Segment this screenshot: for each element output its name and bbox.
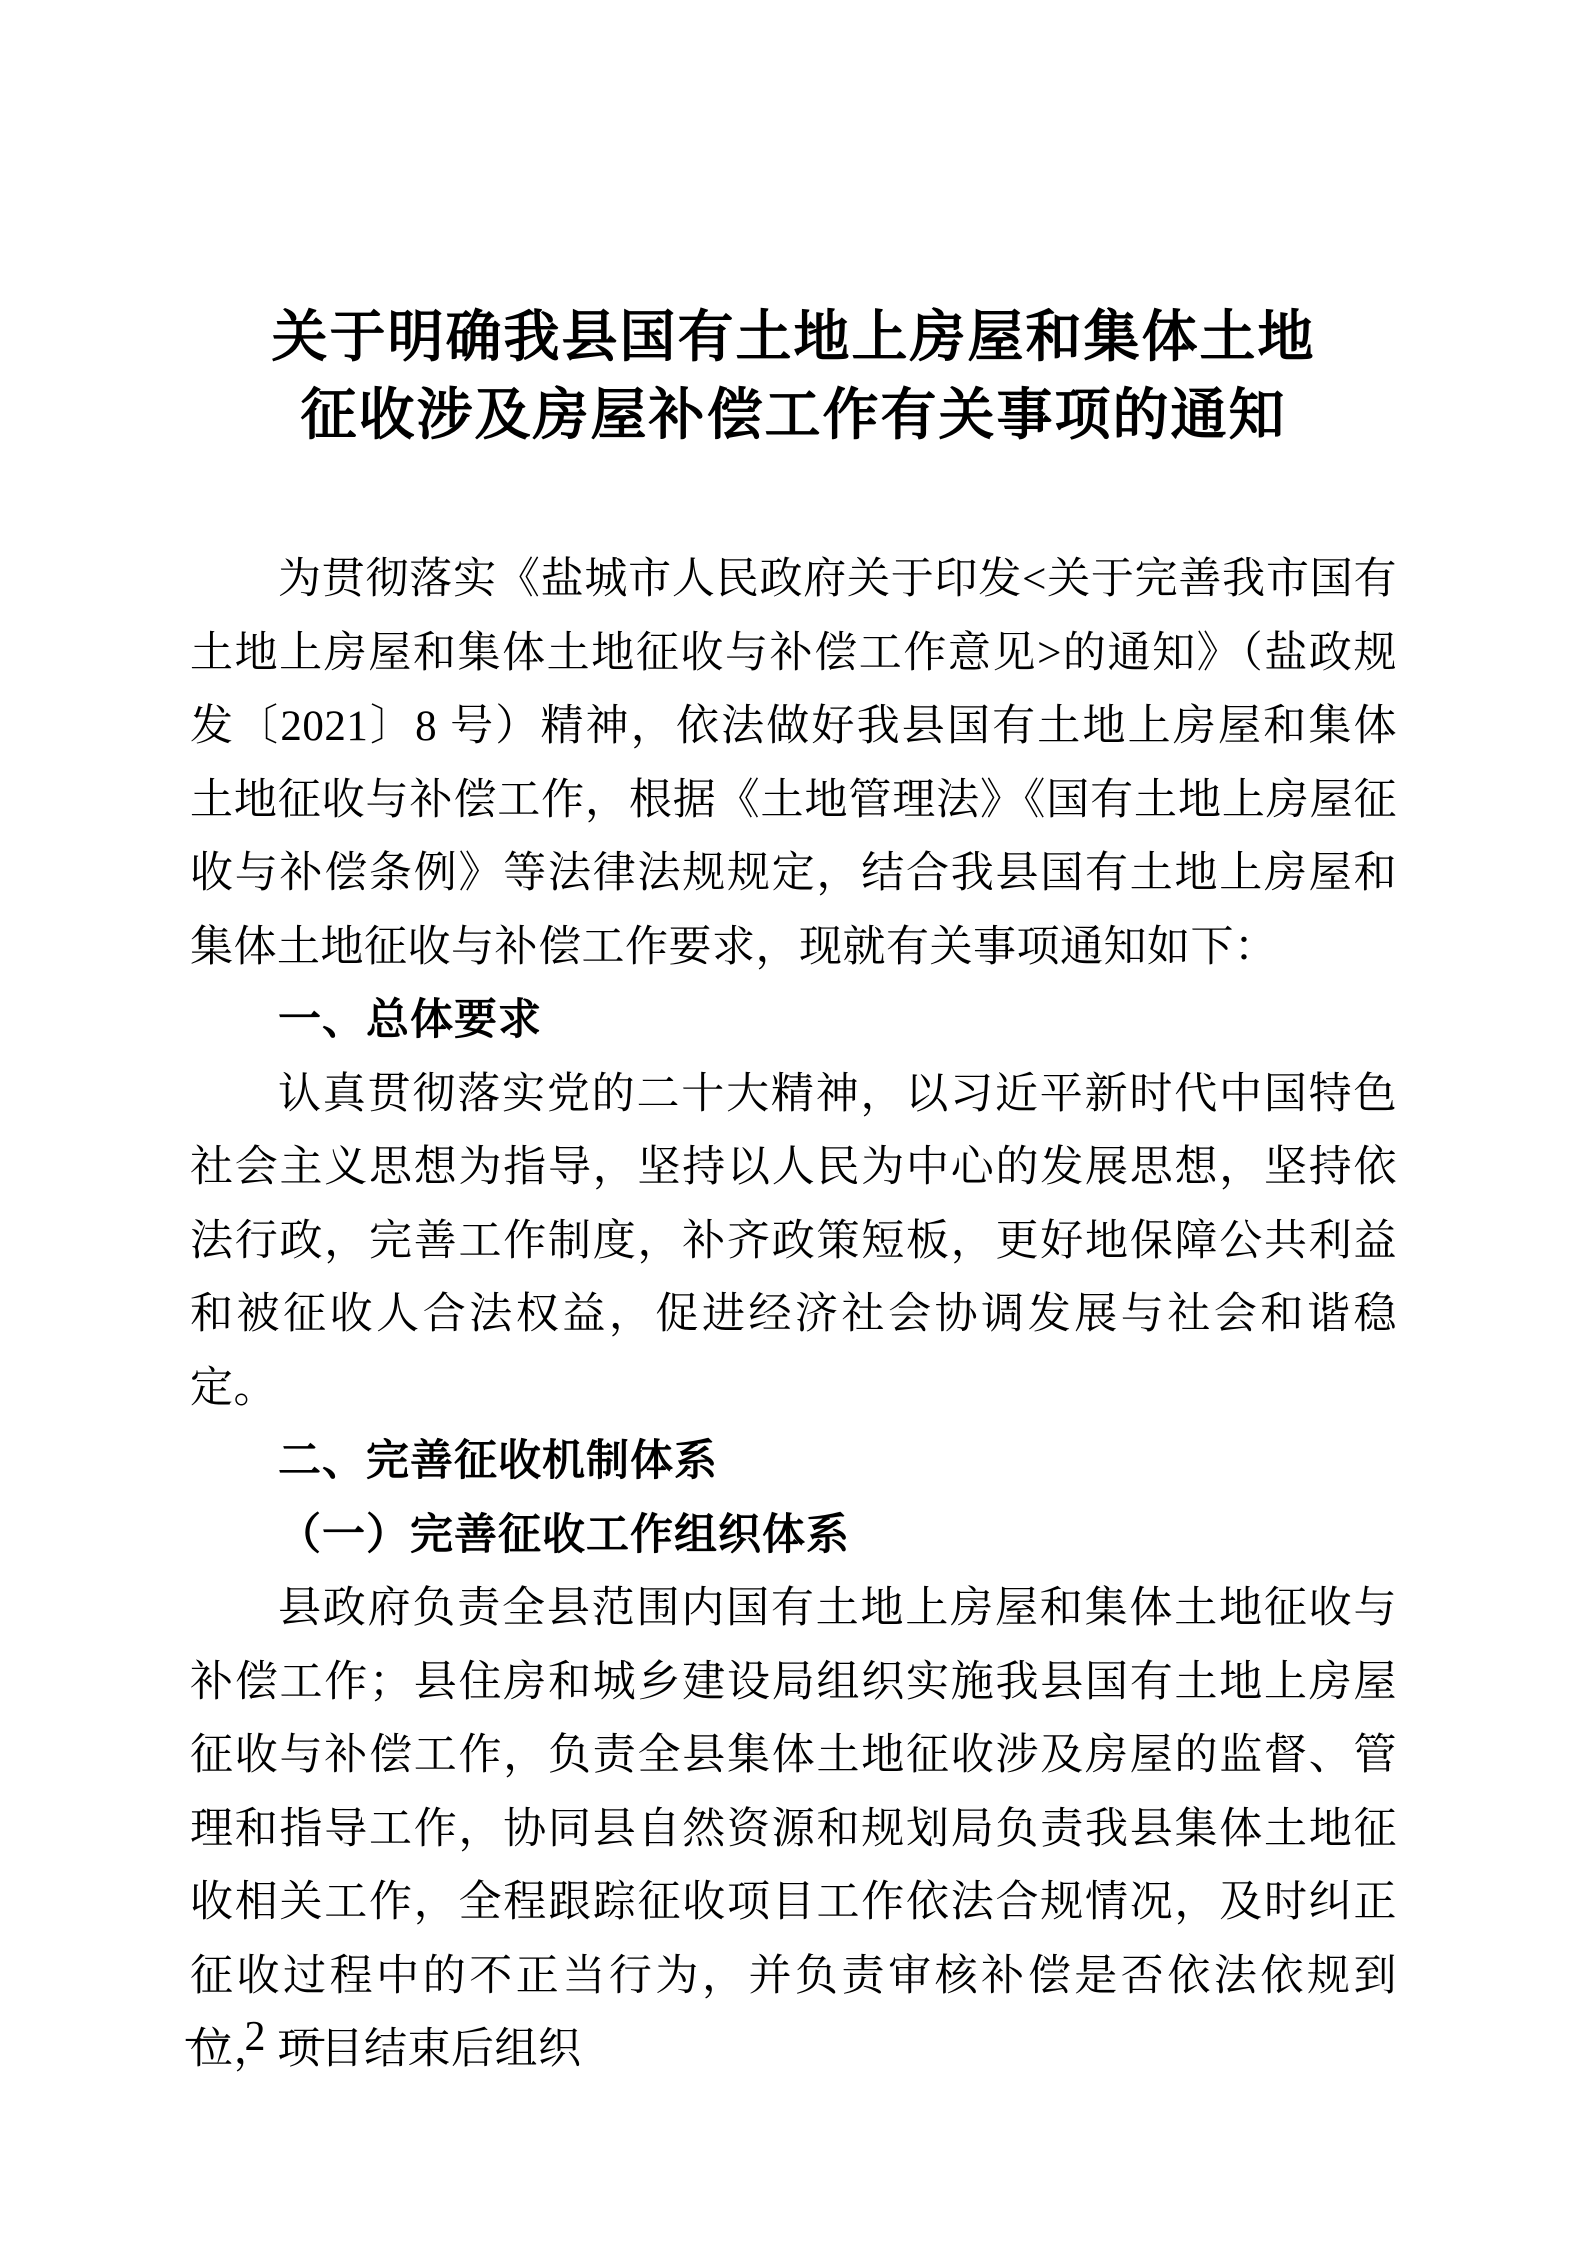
document-content: 关于明确我县国有土地上房屋和集体土地 征收涉及房屋补偿工作有关事项的通知 为贯彻…	[190, 299, 1397, 2087]
heading-section-1: 一、总体要求	[190, 984, 1397, 1058]
paragraph-preamble: 为贯彻落实《盐城市人民政府关于印发<关于完善我市国有土地上房屋和集体土地征收与补…	[190, 543, 1397, 984]
document-title: 关于明确我县国有土地上房屋和集体土地 征收涉及房屋补偿工作有关事项的通知	[190, 299, 1397, 455]
page-number: — 2 —	[186, 2014, 327, 2060]
subheading-2-1: （一）完善征收工作组织体系	[190, 1499, 1397, 1573]
document-page: 关于明确我县国有土地上房屋和集体土地 征收涉及房屋补偿工作有关事项的通知 为贯彻…	[0, 0, 1587, 2245]
document-body: 为贯彻落实《盐城市人民政府关于印发<关于完善我市国有土地上房屋和集体土地征收与补…	[190, 543, 1397, 2087]
title-line-1: 关于明确我县国有土地上房屋和集体土地	[190, 299, 1397, 377]
paragraph-general-requirements: 认真贯彻落实党的二十大精神，以习近平新时代中国特色社会主义思想为指导，坚持以人民…	[190, 1058, 1397, 1426]
title-line-2: 征收涉及房屋补偿工作有关事项的通知	[190, 377, 1397, 455]
paragraph-organization-system: 县政府负责全县范围内国有土地上房屋和集体土地征收与补偿工作；县住房和城乡建设局组…	[190, 1572, 1397, 2087]
heading-section-2: 二、完善征收机制体系	[190, 1425, 1397, 1499]
